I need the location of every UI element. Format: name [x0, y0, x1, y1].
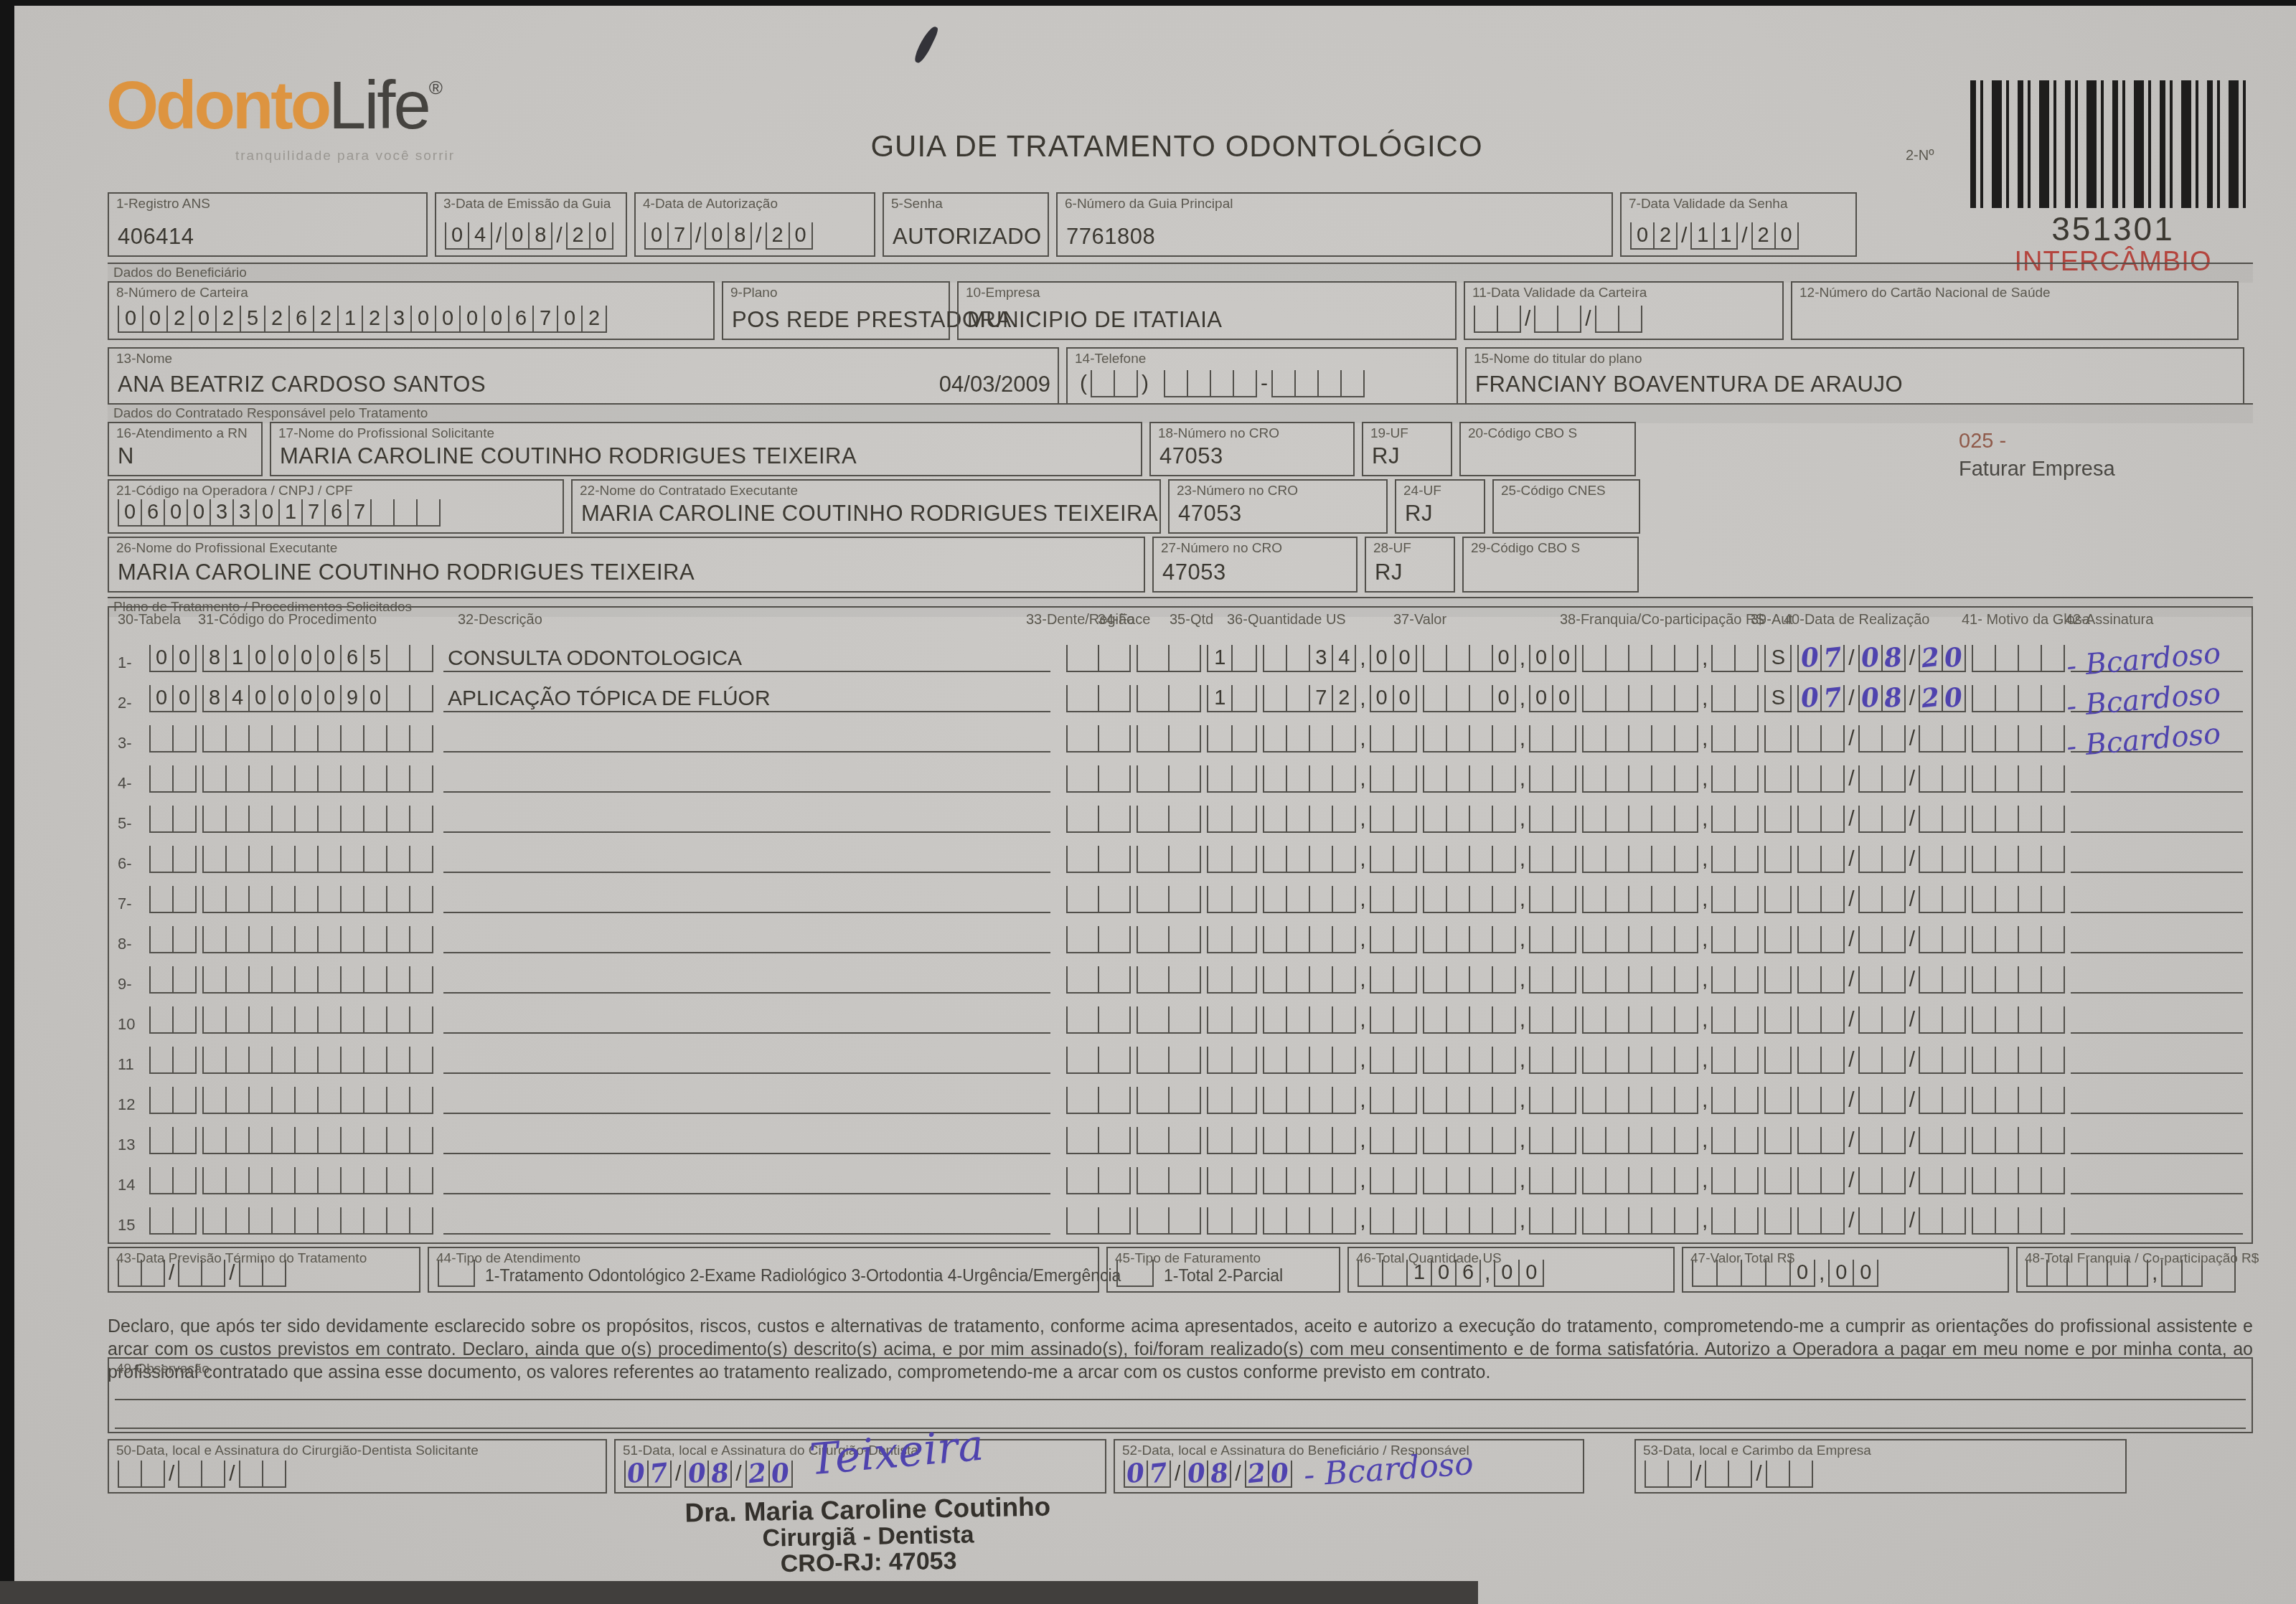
motivo-glosa-comb — [1972, 806, 2065, 833]
comb-cell — [2041, 725, 2065, 753]
column-header: 34-Face — [1098, 612, 1170, 628]
comb-cell: 0 — [1124, 1461, 1148, 1488]
comb-group — [1919, 966, 1966, 994]
comb-cell — [1972, 886, 1996, 913]
comb-cell: 0 — [294, 645, 319, 672]
dentist-stamp: Dra. Maria Caroline Coutinho Cirurgiã - … — [645, 1493, 1091, 1580]
comb-cell — [317, 806, 342, 833]
comb-cell — [1605, 1167, 1629, 1194]
comb-cell — [409, 806, 433, 833]
handwritten-digit: 2 — [1920, 682, 1941, 714]
comb-cell: 0 — [589, 222, 613, 250]
field-carimbo-empresa: 53-Data, local e Carimbo da Empresa // — [1634, 1439, 2127, 1494]
comb-cell: 0 — [1268, 1461, 1292, 1488]
comb-separator: , — [1520, 645, 1525, 672]
codigo-procedimento-comb: 81000065 — [202, 645, 433, 672]
comb-cell — [1766, 1461, 1790, 1488]
comb-group — [1797, 1127, 1845, 1154]
printed-digit: 2 — [772, 224, 784, 247]
comb-cell: 0 — [410, 306, 436, 333]
comb-cell — [1605, 685, 1629, 712]
comb-cell — [1972, 1167, 1996, 1194]
comb-separator: / — [1909, 1047, 1915, 1074]
valor-comb: , — [1423, 1127, 1576, 1154]
comb-group — [1066, 926, 1131, 953]
comb-cell — [1393, 806, 1417, 833]
comb-cell — [317, 1127, 342, 1154]
comb-separator: / — [1848, 886, 1854, 913]
comb-separator: / — [1909, 966, 1915, 994]
printed-digit: 2 — [320, 307, 331, 331]
comb-separator: , — [1360, 966, 1365, 994]
motivo-glosa-comb — [1972, 1207, 2065, 1235]
comb-cell — [363, 806, 387, 833]
comb-cell — [1446, 806, 1470, 833]
comb-cell — [1137, 1207, 1170, 1235]
comb-group — [1370, 966, 1417, 994]
comb-cell — [248, 1047, 273, 1074]
comb-group — [1207, 1047, 1257, 1074]
comb-cell — [225, 1006, 250, 1034]
comb-cell: 0 — [1853, 1260, 1878, 1287]
comb-cell — [1605, 846, 1629, 873]
face-comb — [1137, 966, 1201, 994]
telefone-num2-comb — [1271, 370, 1365, 397]
comb-cell: 0 — [1942, 645, 1966, 672]
comb-group — [1164, 370, 1257, 397]
descricao: CONSULTA ODONTOLOGICA — [443, 641, 1050, 672]
contratado-row-2: 21-Código na Operadora / CNPJ / CPF 0600… — [108, 479, 1640, 534]
comb-cell — [1651, 725, 1675, 753]
comb-cell — [2041, 1006, 2065, 1034]
comb-cell — [363, 725, 387, 753]
comb-cell: 0 — [142, 306, 168, 333]
comb-group — [1582, 886, 1698, 913]
comb-cell — [1651, 806, 1675, 833]
comb-cell: 0 — [557, 306, 583, 333]
comb-group — [202, 1127, 433, 1154]
comb-cell — [1231, 1006, 1257, 1034]
comb-group — [1764, 846, 1792, 873]
comb-cell — [1286, 725, 1310, 753]
face-comb — [1137, 926, 1201, 953]
comb-cell — [172, 846, 197, 873]
comb-separator: / — [1909, 886, 1915, 913]
comb-cell — [202, 1167, 227, 1194]
printed-digit: 0 — [255, 646, 266, 670]
comb-group — [1263, 765, 1356, 793]
comb-cell — [1168, 886, 1201, 913]
comb-cell: 0 — [1858, 645, 1883, 672]
comb-group: 07 — [644, 222, 692, 250]
franquia-comb: , — [1582, 926, 1759, 953]
comb-cell — [409, 1087, 433, 1114]
comb-cell — [1764, 1167, 1792, 1194]
qtd-comb — [1207, 926, 1257, 953]
comb-group: 02 — [1630, 222, 1678, 250]
comb-cell — [2041, 1207, 2065, 1235]
printed-digit: 0 — [491, 307, 502, 331]
comb-cell — [1582, 1087, 1606, 1114]
comb-group — [1423, 806, 1516, 833]
comb-separator: , — [1360, 1047, 1365, 1074]
comb-cell — [1674, 725, 1698, 753]
comb-cell — [294, 1047, 319, 1074]
dente-regiao-comb — [1066, 806, 1131, 833]
comb-group: 20 — [766, 222, 813, 250]
quantidade-us-comb: , — [1263, 846, 1416, 873]
comb-cell — [1137, 846, 1170, 873]
comb-group — [1919, 1167, 1966, 1194]
comb-cell — [1942, 806, 1966, 833]
comb-cell — [1168, 685, 1201, 712]
comb-separator: / — [675, 1461, 681, 1488]
comb-separator: , — [1360, 886, 1365, 913]
printed-digit: 0 — [795, 224, 806, 247]
comb-cell — [225, 926, 250, 953]
comb-cell — [1552, 1167, 1576, 1194]
comb-cell — [1492, 846, 1516, 873]
comb-group — [1764, 1167, 1792, 1194]
comb-cell — [1789, 1461, 1813, 1488]
comb-group — [1066, 685, 1131, 712]
descricao — [443, 761, 1050, 793]
aut-comb — [1764, 926, 1792, 953]
comb-group — [1263, 1047, 1356, 1074]
printed-digit: 0 — [324, 687, 335, 710]
comb-cell — [1995, 645, 2019, 672]
comb-cell — [1582, 1207, 1606, 1235]
comb-group — [1534, 306, 1581, 333]
comb-cell: 2 — [566, 222, 591, 250]
procedure-row-6: 6-,,,// — [118, 837, 2243, 877]
comb-group — [1370, 926, 1417, 953]
comb-cell — [1651, 1047, 1675, 1074]
comb-group — [1423, 846, 1516, 873]
comb-cell — [1972, 725, 1996, 753]
comb-group — [1797, 765, 1845, 793]
comb-cell — [2018, 765, 2042, 793]
procedure-row-11: 11,,,// — [118, 1038, 2243, 1078]
codigo-procedimento-comb — [202, 1127, 433, 1154]
assinatura-line — [2071, 841, 2243, 873]
comb-cell — [1734, 765, 1759, 793]
field-value: AUTORIZADO — [893, 224, 1042, 250]
comb-group — [1797, 1167, 1845, 1194]
comb-group — [1423, 1087, 1516, 1114]
data-realizacao-comb: // — [1797, 1006, 1966, 1034]
comb-cell — [1628, 1167, 1652, 1194]
comb-separator: / — [1909, 806, 1915, 833]
field-assinatura-solicitante: 50-Data, local e Assinatura do Cirurgião… — [108, 1439, 607, 1494]
comb-cell — [1309, 765, 1333, 793]
comb-separator: , — [1360, 765, 1365, 793]
valor-comb: , — [1423, 1167, 1576, 1194]
qtd-comb — [1207, 806, 1257, 833]
comb-cell: 0 — [1184, 1461, 1208, 1488]
printed-digit: 0 — [1835, 1261, 1847, 1285]
comb-cell: 0 — [363, 685, 387, 712]
franquia-comb: , — [1582, 846, 1759, 873]
comb-cell — [1332, 1006, 1356, 1034]
comb-cell — [149, 846, 174, 873]
comb-cell — [1995, 1087, 2019, 1114]
comb-cell — [1605, 725, 1629, 753]
comb-cell — [225, 1207, 250, 1235]
comb-cell: 0 — [1370, 685, 1394, 712]
comb-cell — [248, 725, 273, 753]
comb-cell — [1207, 926, 1233, 953]
data-realizacao-comb: // — [1797, 1127, 1966, 1154]
handwritten-digit: 7 — [649, 1458, 669, 1489]
comb-cell — [225, 1167, 250, 1194]
field-label: 8-Número de Carteira — [116, 286, 248, 301]
comb-cell: 2 — [745, 1461, 770, 1488]
comb-separator: / — [1909, 765, 1915, 793]
comb-group — [1972, 765, 2065, 793]
comb-cell — [1711, 685, 1736, 712]
comb-cell — [409, 1207, 433, 1235]
comb-group — [1582, 1207, 1698, 1235]
comb-cell — [1605, 966, 1629, 994]
row-number: 1- — [118, 654, 143, 672]
comb-cell — [1972, 1087, 1996, 1114]
comb-cell: 0 — [248, 645, 273, 672]
comb-separator: , — [1520, 926, 1525, 953]
comb-cell — [2041, 966, 2065, 994]
comb-cell — [1858, 1047, 1883, 1074]
comb-cell — [1734, 1087, 1759, 1114]
tabela-comb — [149, 1006, 197, 1034]
comb-cell — [1919, 725, 1943, 753]
comb-cell — [172, 1047, 197, 1074]
printed-digit: 0 — [1376, 646, 1388, 670]
field-profissional-solicitante: 17-Nome do Profissional Solicitante MARI… — [270, 422, 1142, 476]
comb-cell — [1605, 1127, 1629, 1154]
procedure-row-3: 3-,,,//- Bcardoso — [118, 717, 2243, 757]
comb-cell — [1582, 1047, 1606, 1074]
qtd-comb — [1207, 725, 1257, 753]
comb-cell — [1168, 645, 1201, 672]
comb-group — [1423, 765, 1516, 793]
printed-digit: 8 — [209, 687, 220, 710]
comb-cell — [1286, 806, 1310, 833]
row-number: 3- — [118, 734, 143, 753]
handwritten-digit: 0 — [1799, 642, 1820, 674]
faturar-empresa-note: 025 - Faturar Empresa — [1959, 422, 2115, 483]
procedure-row-14: 14,,,// — [118, 1159, 2243, 1199]
comb-cell — [1858, 1167, 1883, 1194]
comb-group — [1797, 886, 1845, 913]
comb-cell: 2 — [1332, 685, 1356, 712]
printed-digit: 0 — [1376, 687, 1388, 710]
comb-cell — [1370, 966, 1394, 994]
comb-separator: , — [1520, 765, 1525, 793]
comb-cell — [271, 1207, 296, 1235]
comb-cell — [1734, 1167, 1759, 1194]
printed-digit: 1 — [1697, 224, 1708, 247]
comb-cell — [363, 846, 387, 873]
comb-cell: 0 — [248, 685, 273, 712]
comb-cell — [1919, 1167, 1943, 1194]
comb-group — [1263, 1006, 1356, 1034]
comb-group — [1582, 1127, 1698, 1154]
comb-cell — [1529, 1047, 1553, 1074]
printed-digit: 2 — [1758, 224, 1769, 247]
column-header: 37-Valor — [1393, 612, 1560, 628]
comb-cell: 2 — [264, 306, 290, 333]
comb-group — [1582, 765, 1698, 793]
descricao: APLICAÇÃO TÓPICA DE FLÚOR — [443, 681, 1050, 712]
comb-cell — [1309, 926, 1333, 953]
comb-group — [1858, 886, 1906, 913]
comb-cell — [1492, 1047, 1516, 1074]
comb-cell — [271, 1006, 296, 1034]
comb-group — [1207, 846, 1257, 873]
comb-cell — [317, 886, 342, 913]
comb-cell: 0 — [1393, 645, 1417, 672]
comb-cell: 0 — [445, 222, 469, 250]
tabela-comb — [149, 1087, 197, 1114]
comb-cell — [1168, 765, 1201, 793]
comb-cell: 6 — [508, 306, 534, 333]
printed-digit: 7 — [674, 224, 685, 247]
field-data-autorizacao: 4-Data de Autorização 07/08/20 — [634, 192, 875, 257]
comb-cell — [1370, 1167, 1394, 1194]
comb-cell — [1820, 1047, 1845, 1074]
printed-digit: 0 — [170, 501, 182, 524]
comb-separator: / — [1909, 1087, 1915, 1114]
comb-separator: , — [1520, 806, 1525, 833]
comb-group: 00 — [149, 645, 197, 672]
codigo-procedimento-comb — [202, 1006, 433, 1034]
printed-digit: 2 — [1338, 687, 1350, 710]
face-comb — [1137, 1047, 1201, 1074]
comb-cell — [386, 1127, 410, 1154]
comb-group — [1370, 765, 1417, 793]
handwritten-digit: 0 — [1186, 1458, 1207, 1489]
comb-cell — [1711, 846, 1736, 873]
comb-group — [1764, 725, 1792, 753]
comb-group — [1529, 1167, 1576, 1194]
comb-group — [1858, 846, 1906, 873]
franquia-comb: , — [1582, 1167, 1759, 1194]
motivo-glosa-comb — [1972, 966, 2065, 994]
valor-comb: , — [1423, 806, 1576, 833]
comb-cell — [1919, 1047, 1943, 1074]
comb-cell: 0 — [191, 306, 217, 333]
comb-cell — [1942, 765, 1966, 793]
comb-cell — [1393, 846, 1417, 873]
comb-cell — [1168, 1087, 1201, 1114]
comb-cell — [1995, 725, 2019, 753]
comb-cell: 0 — [1552, 685, 1576, 712]
comb-cell — [1309, 1006, 1333, 1034]
data-autorizacao-comb: 07/08/20 — [644, 222, 813, 250]
comb-cell — [1651, 926, 1675, 953]
printed-digit: 0 — [512, 224, 523, 247]
comb-group — [1797, 1087, 1845, 1114]
comb-cell — [363, 886, 387, 913]
data-realizacao-comb: // — [1797, 1047, 1966, 1074]
comb-group: 20 — [1751, 222, 1799, 250]
comb-cell — [1881, 926, 1906, 953]
barcode-number: 351301 — [1980, 209, 2246, 248]
comb-cell — [1651, 966, 1675, 994]
comb-separator: / — [1848, 966, 1854, 994]
comb-group: 0 — [1423, 645, 1516, 672]
tabela-comb: 00 — [149, 685, 197, 712]
comb-cell — [1995, 806, 2019, 833]
comb-cell — [172, 765, 197, 793]
comb-cell — [363, 1207, 387, 1235]
dente-regiao-comb — [1066, 1087, 1131, 1114]
comb-cell: 0 — [705, 222, 729, 250]
comb-cell — [1423, 1127, 1447, 1154]
field-value: FRANCIANY BOAVENTURA DE ARAUJO — [1475, 372, 1903, 397]
comb-group: S — [1764, 645, 1792, 672]
comb-separator: , — [1360, 1006, 1365, 1034]
valor-comb: , — [1423, 966, 1576, 994]
comb-cell — [1168, 846, 1201, 873]
comb-cell: 6 — [288, 306, 314, 333]
comb-group — [1370, 1087, 1417, 1114]
comb-group: 20 — [566, 222, 613, 250]
comb-cell: 8 — [202, 685, 227, 712]
comb-cell — [1263, 926, 1287, 953]
header-fields-row: 1-Registro ANS 406414 3-Data de Emissão … — [108, 192, 1857, 257]
comb-cell — [340, 1047, 364, 1074]
procedure-row-2: 2-0084000090APLICAÇÃO TÓPICA DE FLÚOR172… — [118, 676, 2243, 717]
assinatura-line — [2071, 1123, 2243, 1154]
comb-group: 00 — [1828, 1260, 1878, 1287]
printed-digit: 0 — [466, 307, 478, 331]
printed-digit: 0 — [1498, 687, 1510, 710]
printed-digit: 5 — [247, 307, 258, 331]
printed-digit: 0 — [301, 687, 312, 710]
comb-separator: , — [1360, 846, 1365, 873]
comb-cell — [386, 886, 410, 913]
comb-cell: 0 — [1552, 645, 1576, 672]
comb-cell — [1370, 806, 1394, 833]
comb-cell — [1263, 1127, 1287, 1154]
comb-cell: 7 — [647, 1461, 672, 1488]
comb-cell — [1207, 1047, 1233, 1074]
comb-group — [1207, 1006, 1257, 1034]
comb-group: 81000065 — [202, 645, 433, 672]
comb-cell — [1114, 370, 1138, 397]
comb-group — [1529, 1006, 1576, 1034]
comb-group — [1529, 1087, 1576, 1114]
comb-cell — [202, 765, 227, 793]
comb-cell — [1231, 886, 1257, 913]
comb-cell — [409, 926, 433, 953]
field-value: 47053 — [1162, 560, 1226, 585]
comb-group — [1972, 1087, 2065, 1114]
comb-cell — [386, 645, 410, 672]
assinatura-line — [2071, 962, 2243, 994]
column-header: 30-Tabela — [118, 612, 198, 628]
comb-cell — [1651, 886, 1675, 913]
comb-cell: 2 — [1751, 222, 1776, 250]
tipo-faturamento-options: 1-Total 2-Parcial — [1164, 1266, 1283, 1287]
comb-group — [1582, 1047, 1698, 1074]
comb-cell — [1711, 886, 1736, 913]
comb-cell — [386, 1087, 410, 1114]
comb-group — [149, 765, 197, 793]
comb-group: 1 — [1207, 645, 1257, 672]
face-comb — [1137, 846, 1201, 873]
